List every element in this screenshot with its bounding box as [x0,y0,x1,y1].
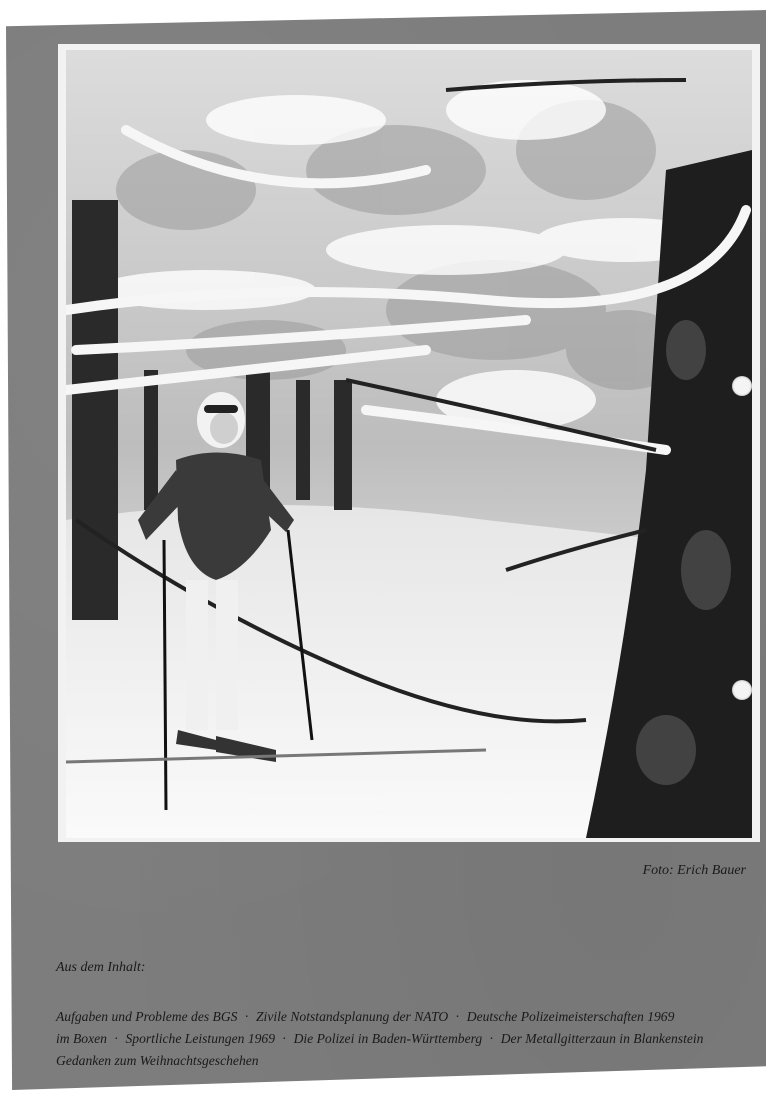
separator: · [448,1009,467,1024]
contents-line: Gedanken zum Weihnachtsgeschehen [56,1050,766,1072]
binder-hole [732,376,752,396]
contents-item: Gedanken zum Weihnachtsgeschehen [56,1053,259,1068]
contents-item: Zivile Notstandsplanung der NATO [256,1009,448,1024]
contents-item: Sportliche Leistungen 1969 [126,1031,276,1046]
snowy-forest-skier-image [66,50,752,838]
contents-item: im Boxen [56,1031,107,1046]
contents-item: Aufgaben und Probleme des BGS [56,1009,237,1024]
photo-frame [58,44,760,842]
photo-credit: Foto: Erich Bauer [643,863,746,879]
contents-heading: Aus dem Inhalt: [56,960,145,976]
contents-line: im Boxen·Sportliche Leistungen 1969·Die … [56,1028,766,1050]
separator: · [482,1031,501,1046]
contents-item: Deutsche Polizeimeisterschaften 1969 [467,1009,675,1024]
contents-line: Aufgaben und Probleme des BGS·Zivile Not… [56,1006,766,1028]
cover-photo [66,50,752,838]
binder-hole [732,680,752,700]
contents-item: Die Polizei in Baden-Württemberg [294,1031,483,1046]
contents-item: Der Metallgitterzaun in Blankenstein [501,1031,704,1046]
separator: · [107,1031,126,1046]
separator: · [237,1009,256,1024]
separator: · [275,1031,294,1046]
magazine-back-cover: Foto: Erich Bauer Aus dem Inhalt: Aufgab… [6,10,766,1090]
contents-list: Aufgaben und Probleme des BGS·Zivile Not… [56,1006,766,1072]
